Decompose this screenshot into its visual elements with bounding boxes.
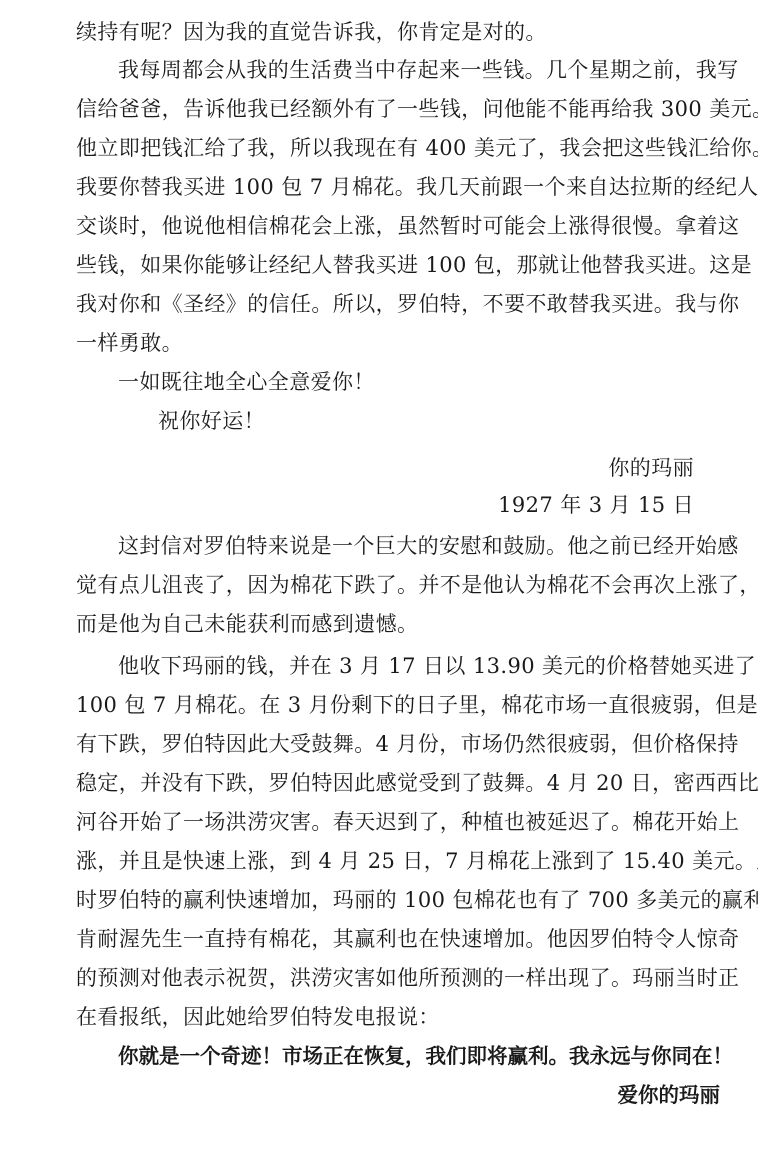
text-line: 的预测对他表示祝贺，洪涝灾害如他所预测的一样出现了。玛丽当时正 xyxy=(76,960,738,996)
text-line: 续持有呢？因为我的直觉告诉我，你肯定是对的。 xyxy=(76,14,738,50)
text-line: 我每周都会从我的生活费当中存起来一些钱。几个星期之前，我写 xyxy=(118,52,738,88)
text-line: 在看报纸，因此她给罗伯特发电报说： xyxy=(76,999,738,1035)
text-line: 涨，并且是快速上涨，到 4 月 25 日，7 月棉花上涨到了 15.40 美元。… xyxy=(76,843,738,879)
text-line: 河谷开始了一场洪涝灾害。春天迟到了，种植也被延迟了。棉花开始上 xyxy=(76,804,738,840)
text-line: 我对你和《圣经》的信任。所以，罗伯特，不要不敢替我买进。我与你 xyxy=(76,286,738,322)
telegram-signature: 爱你的玛丽 xyxy=(58,1077,720,1113)
text-line: 有下跌，罗伯特因此大受鼓舞。4 月份，市场仍然很疲弱，但价格保持 xyxy=(76,726,738,762)
telegram-text: 你就是一个奇迹！市场正在恢复，我们即将赢利。我永远与你同在！ xyxy=(118,1038,738,1074)
text-line: 我要你替我买进 100 包 7 月棉花。我几天前跟一个来自达拉斯的经纪人 xyxy=(76,169,738,205)
letter-date: 1927 年 3 月 15 日 xyxy=(32,487,694,523)
letter-closing: 祝你好运！ xyxy=(158,403,758,439)
text-line: 他立即把钱汇给了我，所以我现在有 400 美元了，我会把这些钱汇给你。 xyxy=(76,130,738,166)
text-line: 时罗伯特的赢利快速增加，玛丽的 100 包棉花也有了 700 多美元的赢利。 xyxy=(76,882,738,918)
text-line: 他收下玛丽的钱，并在 3 月 17 日以 13.90 美元的价格替她买进了 xyxy=(118,648,738,684)
text-line: 这封信对罗伯特来说是一个巨大的安慰和鼓励。他之前已经开始感 xyxy=(118,528,738,564)
text-line: 信给爸爸，告诉他我已经额外有了一些钱，问他能不能再给我 300 美元。 xyxy=(76,91,738,127)
letter-closing: 一如既往地全心全意爱你！ xyxy=(118,364,738,400)
text-line: 觉有点儿沮丧了，因为棉花下跌了。并不是他认为棉花不会再次上涨了， xyxy=(76,567,738,603)
text-line: 肯耐渥先生一直持有棉花，其赢利也在快速增加。他因罗伯特令人惊奇 xyxy=(76,921,738,957)
book-page: 续持有呢？因为我的直觉告诉我，你肯定是对的。 我每周都会从我的生活费当中存起来一… xyxy=(0,0,758,1162)
text-line: 些钱，如果你能够让经纪人替我买进 100 包，那就让他替我买进。这是 xyxy=(76,247,738,283)
text-line: 100 包 7 月棉花。在 3 月份剩下的日子里，棉花市场一直很疲弱，但是没 xyxy=(76,687,738,723)
letter-signature: 你的玛丽 xyxy=(32,450,694,486)
text-line: 交谈时，他说他相信棉花会上涨，虽然暂时可能会上涨得很慢。拿着这 xyxy=(76,208,738,244)
text-line: 而是他为自己未能获利而感到遗憾。 xyxy=(76,606,738,642)
text-line: 稳定，并没有下跌，罗伯特因此感觉受到了鼓舞。4 月 20 日，密西西比 xyxy=(76,765,738,801)
text-line: 一样勇敢。 xyxy=(76,325,738,361)
